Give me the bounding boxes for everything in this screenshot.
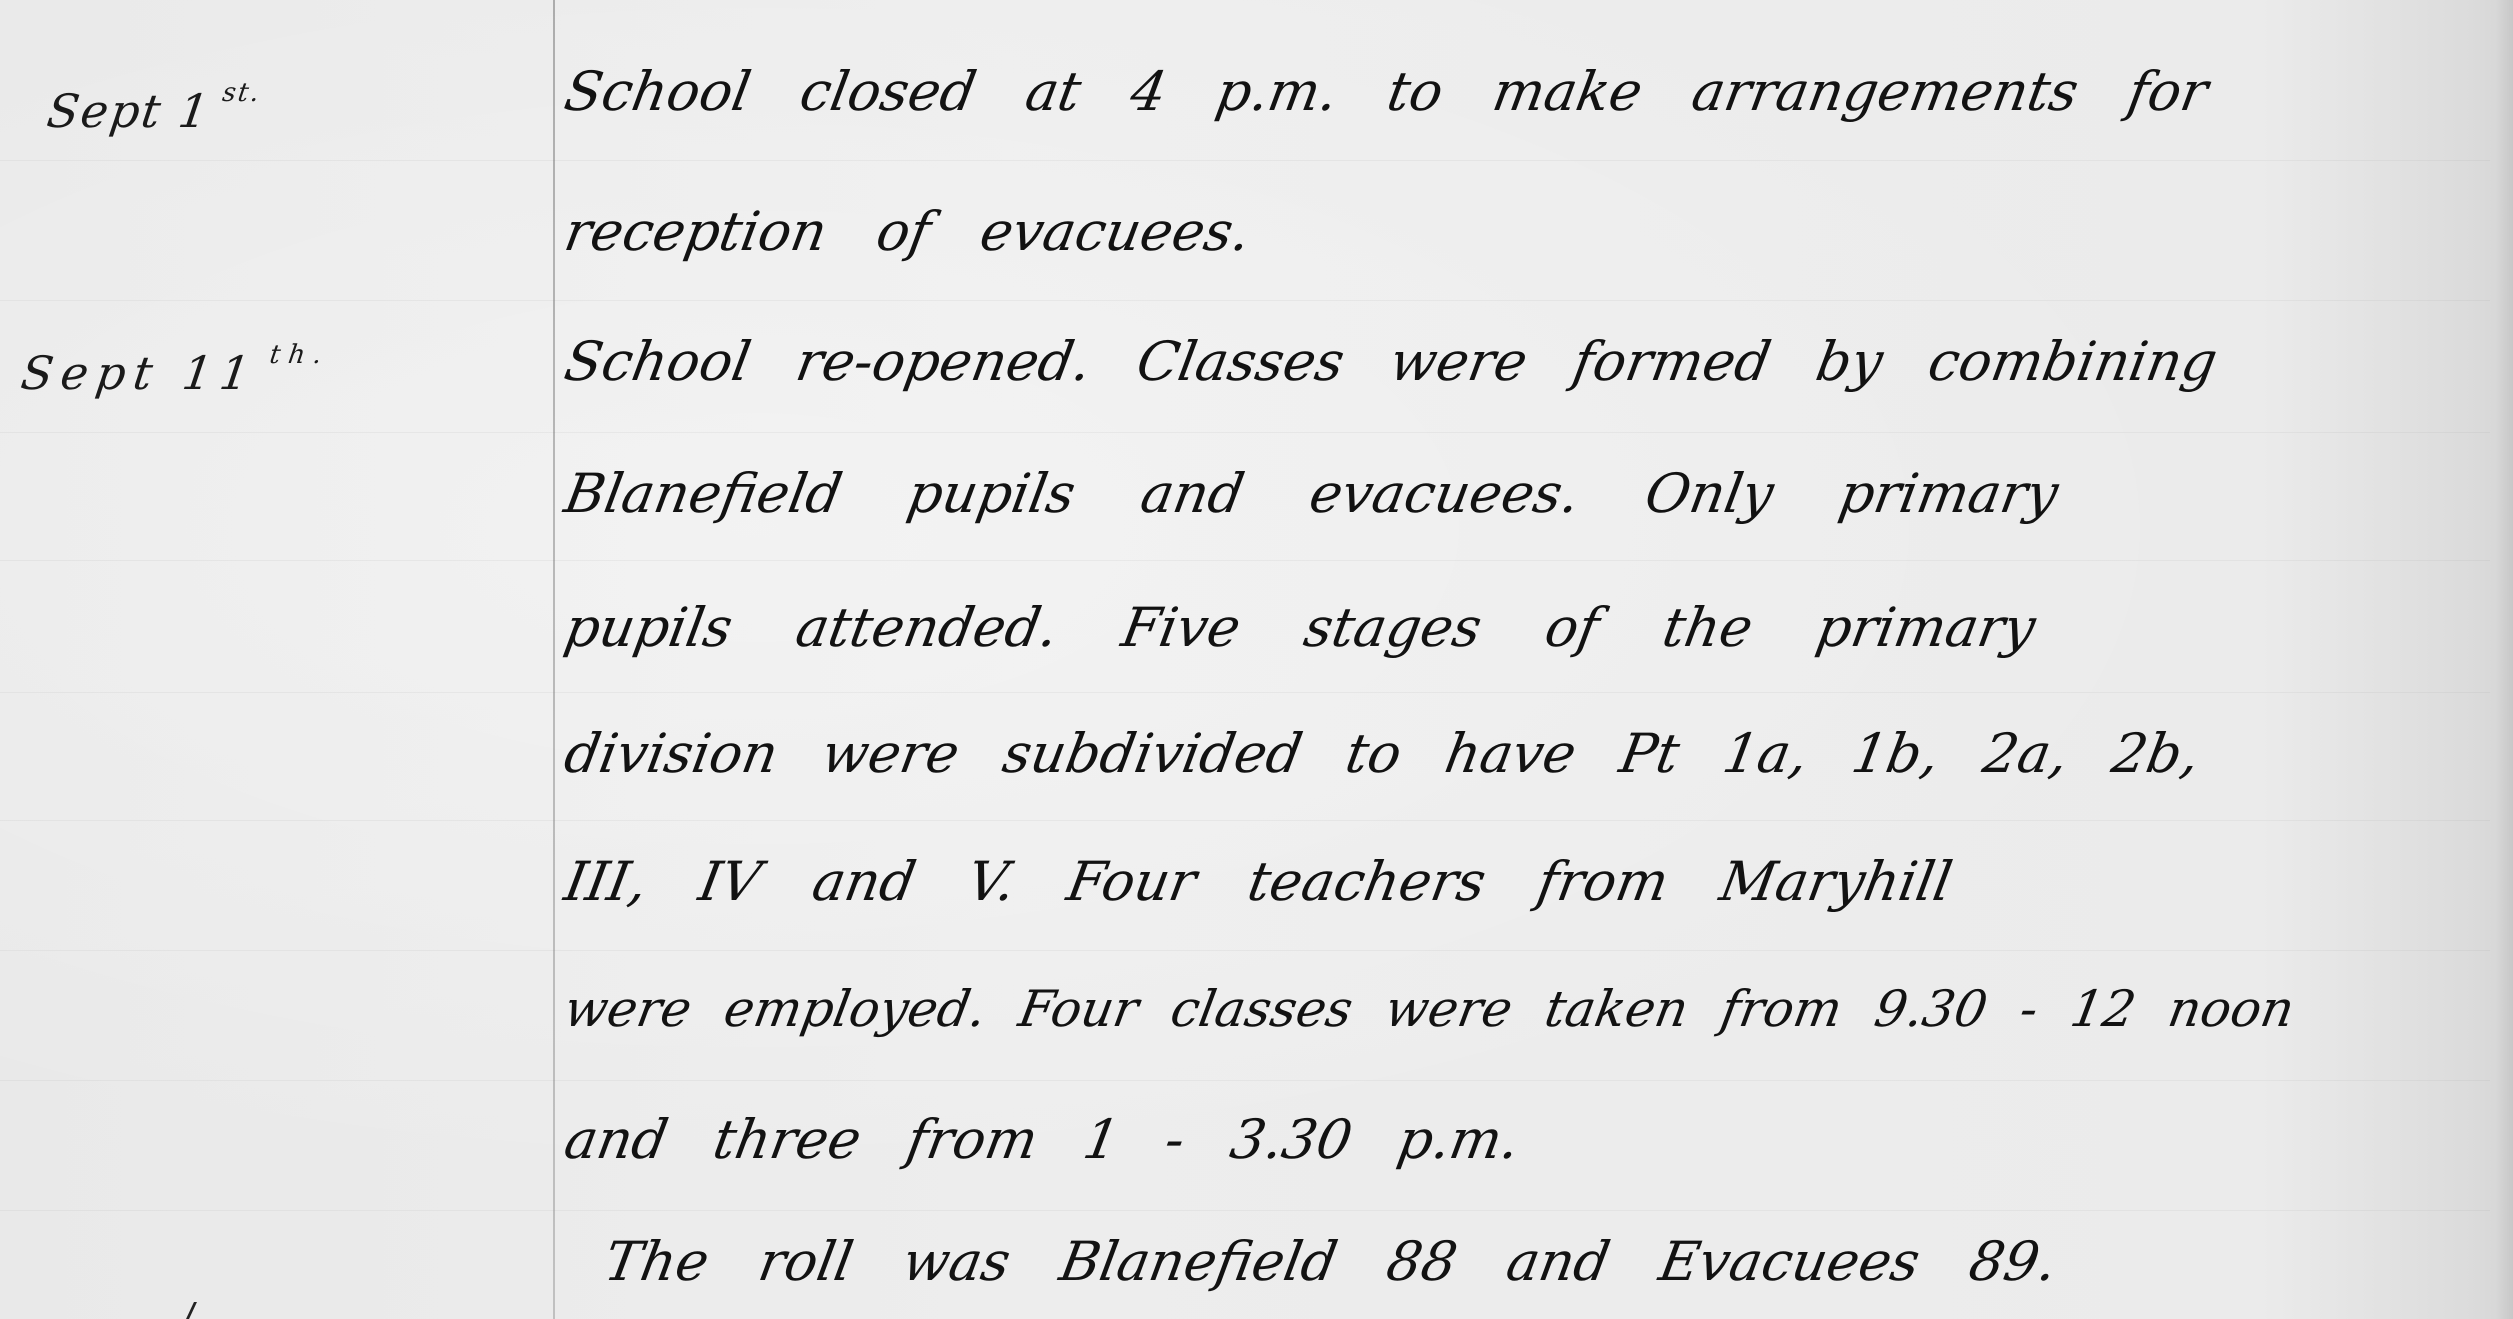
ruled-line bbox=[0, 432, 2490, 433]
entry-text-line: School closed at 4 p.m. to make arrangem… bbox=[560, 60, 2491, 123]
ruled-line bbox=[0, 160, 2490, 161]
roll-summary-line: The roll was Blanefield 88 and Evacuees … bbox=[600, 1230, 2513, 1293]
ruled-line bbox=[0, 1080, 2490, 1081]
date-suffix: st. bbox=[221, 78, 263, 108]
entry-date: Sept 1st. bbox=[44, 78, 263, 138]
ruled-line bbox=[0, 820, 2490, 821]
entry-text-line: reception of evacuees. bbox=[560, 200, 2491, 263]
ruled-line bbox=[0, 692, 2490, 693]
entry-text-line: were employed. Four classes were taken f… bbox=[560, 980, 2490, 1038]
date-label: Sept 11 bbox=[18, 346, 261, 400]
entry-text-line: Blanefield pupils and evacuees. Only pri… bbox=[560, 462, 2491, 525]
ruled-line bbox=[0, 300, 2490, 301]
entry-text-line: School re-opened. Classes were formed by… bbox=[560, 330, 2491, 393]
entry-date: Sept 11th. bbox=[18, 340, 332, 400]
entry-text-line: III, IV and V. Four teachers from Maryhi… bbox=[560, 850, 2491, 913]
page-edge-shadow bbox=[2495, 0, 2513, 1319]
ruled-line bbox=[0, 1210, 2490, 1211]
entry-text-line: pupils attended. Five stages of the prim… bbox=[560, 596, 2491, 659]
log-book-page: Sept 1st. Sept 11th. School closed at 4 … bbox=[0, 0, 2513, 1319]
stray-ink-mark bbox=[186, 1302, 205, 1319]
entry-text-line: and three from 1 - 3.30 p.m. bbox=[560, 1108, 2491, 1171]
ruled-line bbox=[0, 950, 2490, 951]
date-label: Sept 1 bbox=[44, 84, 214, 138]
ruled-line bbox=[0, 560, 2490, 561]
date-suffix: th. bbox=[268, 340, 332, 370]
margin-rule bbox=[553, 0, 555, 1319]
entry-text-line: division were subdivided to have Pt 1a, … bbox=[560, 722, 2491, 785]
